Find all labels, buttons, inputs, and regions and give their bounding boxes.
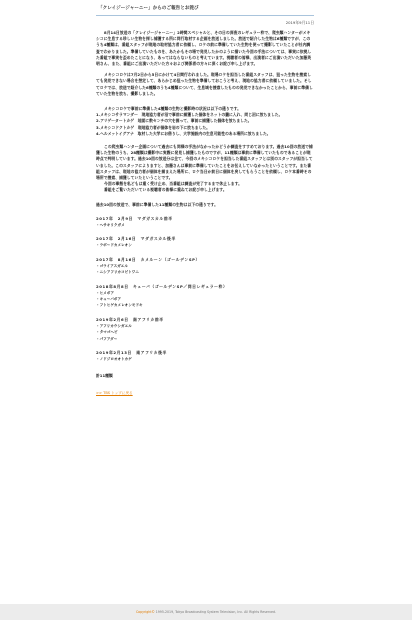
episode: 2017年 2月16日 マダガスカル後半 ・ラボードカメレオン [96, 236, 314, 248]
species-item: ・ラボードカメレオン [96, 242, 314, 248]
back-to-top-link[interactable]: >> TBS トップに戻る [96, 391, 133, 396]
species-item: ・ノドジロオオトカゲ [96, 356, 314, 362]
paragraph: メキシコロケは7月2日から5日にかけて4日間行われました。現場ロケを担当した番組… [96, 72, 314, 97]
publish-date: 2019年9月11日 [96, 20, 314, 25]
species-item: ・フトヒゲカメレオンモドキ [96, 302, 314, 308]
episode: 2017年 2月9日 マダガスカル前半 ・ヘサキリクガメ [96, 216, 314, 228]
paragraph: 番組をご覧いただいている視聴者の皆様に重ねてお詫び申し上げます。 [96, 187, 314, 193]
episode: 2018年8月8日 キューバ（ゴールデンSP／同日レギュラー枠） ・ヒメボア ・… [96, 284, 314, 309]
page-title: 「クレイジージャーニー」からのご報告とお詫び [96, 0, 314, 16]
species-item: ・ヘサキリクガメ [96, 222, 314, 228]
copyright-text: 1995-2019, Tokyo Broadcasting System Tel… [155, 610, 276, 614]
mexico-list: 1.メキシコサラマンダー 現地協力者が沼で事前に捕獲した個体をネットの籠に入れ、… [96, 112, 314, 137]
episode: 2017年 8月16日 カメルーン（ゴールデンSP） ・ゴライアスガエル ・ニシ… [96, 257, 314, 276]
copyright-link[interactable]: Copyright© [136, 610, 155, 614]
episode: 2019年2月6日 南アフリカ前半 ・アフリカウシガエル ・タマゴヘビ ・パフア… [96, 317, 314, 342]
species-item: ・パフアダー [96, 336, 314, 342]
species-item: ・ニシアフリカコビトワニ [96, 269, 314, 275]
total-count: 計11種類 [96, 373, 314, 379]
paragraph: この爬虫類ハンター企画について過去にも同様の手法がなかったかどうか調査をすすめて… [96, 144, 314, 181]
footer: Copyright© 1995-2019, Tokyo Broadcasting… [0, 604, 412, 620]
summary-line: 過去10回の放送で、事前に準備した11種類の生物は以下の通りです。 [96, 202, 314, 208]
list-item: 4.ヘルメットイグアナ 取材した大学にお借りし、大学施設内の生息可能性のある場所… [96, 131, 314, 137]
episode: 2019年2月13日 南アフリカ後半 ・ノドジロオオトカゲ [96, 350, 314, 362]
article: 「クレイジージャーニー」からのご報告とお詫び 2019年9月11日 8月14日放… [96, 0, 314, 398]
paragraph: 8月14日放送の「クレイジージャーニー」2時間スペシャルと、その日の深夜のレギュ… [96, 30, 314, 67]
